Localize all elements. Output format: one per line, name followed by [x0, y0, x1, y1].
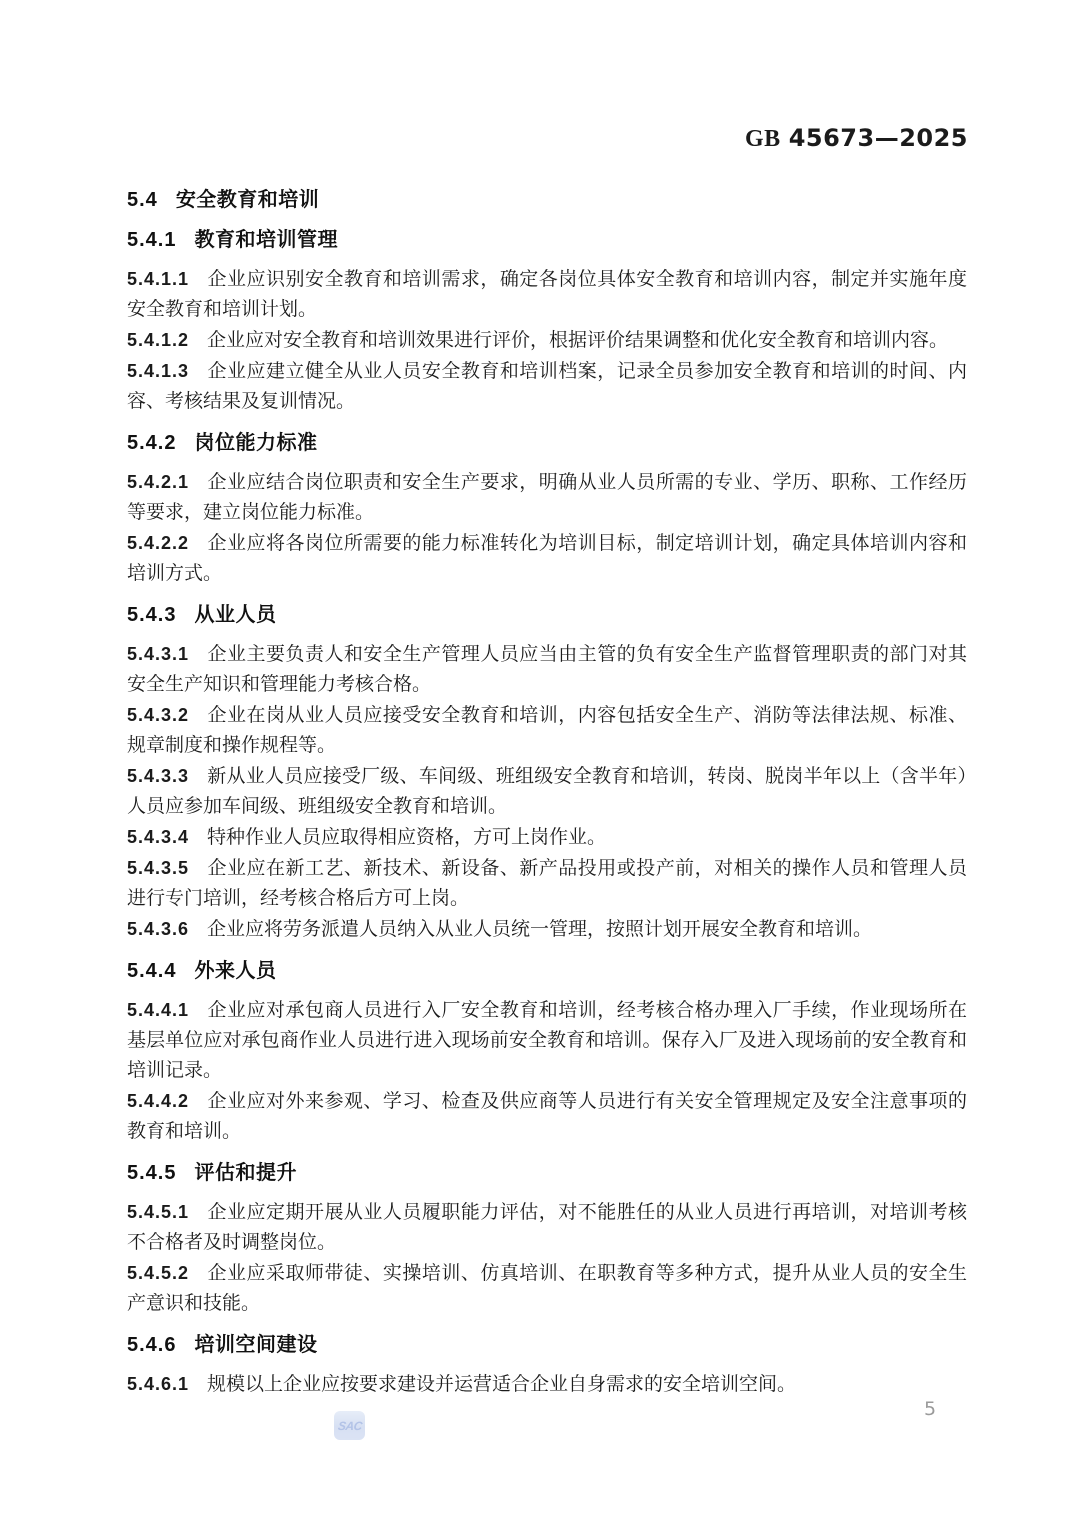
clause-5-4-3-1: 5.4.3.1企业主要负责人和安全生产管理人员应当由主管的负有安全生产监督管理职… — [127, 639, 967, 700]
clause-text: 企业在岗从业人员应接受安全教育和培训，内容包括安全生产、消防等法律法规、标准、规… — [127, 705, 967, 756]
heading-5-4-1: 5.4.1教育和培训管理 — [127, 226, 967, 254]
sac-watermark-text: SAC — [337, 1419, 363, 1433]
heading-number: 5.4.3 — [127, 604, 176, 626]
clause-text: 企业应定期开展从业人员履职能力评估，对不能胜任的从业人员进行再培训，对培训考核不… — [127, 1202, 967, 1253]
heading-title: 从业人员 — [194, 604, 276, 626]
clause-number: 5.4.6.1 — [127, 1374, 189, 1394]
clause-5-4-4-2: 5.4.4.2企业应对外来参观、学习、检查及供应商等人员进行有关安全管理规定及安… — [127, 1086, 967, 1147]
clause-text: 企业应建立健全从业人员安全教育和培训档案，记录全员参加安全教育和培训的时间、内容… — [127, 361, 967, 412]
clause-text: 企业应将劳务派遣人员纳入从业人员统一管理，按照计划开展安全教育和培训。 — [207, 919, 872, 940]
heading-title: 外来人员 — [194, 960, 276, 982]
clause-5-4-5-1: 5.4.5.1企业应定期开展从业人员履职能力评估，对不能胜任的从业人员进行再培训… — [127, 1197, 967, 1258]
clause-text: 规模以上企业应按要求建设并运营适合企业自身需求的安全培训空间。 — [207, 1374, 796, 1395]
page-number: 5 — [924, 1398, 936, 1420]
clause-5-4-5-2: 5.4.5.2企业应采取师带徒、实操培训、仿真培训、在职教育等多种方式，提升从业… — [127, 1258, 967, 1319]
clause-number: 5.4.1.3 — [127, 361, 189, 381]
clause-number: 5.4.2.1 — [127, 472, 189, 492]
clause-number: 5.4.3.3 — [127, 766, 189, 786]
heading-number: 5.4.1 — [127, 229, 176, 251]
clause-5-4-1-1: 5.4.1.1企业应识别安全教育和培训需求，确定各岗位具体安全教育和培训内容，制… — [127, 264, 967, 325]
heading-title: 培训空间建设 — [194, 1334, 317, 1356]
heading-number: 5.4.5 — [127, 1162, 176, 1184]
heading-number: 5.4.2 — [127, 432, 176, 454]
clause-5-4-3-6: 5.4.3.6企业应将劳务派遣人员纳入从业人员统一管理，按照计划开展安全教育和培… — [127, 914, 967, 945]
heading-5-4-5: 5.4.5评估和提升 — [127, 1159, 967, 1187]
heading-title: 安全教育和培训 — [176, 189, 320, 211]
heading-5-4-2: 5.4.2岗位能力标准 — [127, 429, 967, 457]
clause-number: 5.4.5.2 — [127, 1263, 189, 1283]
clause-5-4-3-2: 5.4.3.2企业在岗从业人员应接受安全教育和培训，内容包括安全生产、消防等法律… — [127, 700, 967, 761]
clause-5-4-1-2: 5.4.1.2企业应对安全教育和培训效果进行评价，根据评价结果调整和优化安全教育… — [127, 325, 967, 356]
clause-text: 企业应对承包商人员进行入厂安全教育和培训，经考核合格办理入厂手续，作业现场所在基… — [127, 1000, 967, 1081]
clause-5-4-2-2: 5.4.2.2企业应将各岗位所需要的能力标准转化为培训目标，制定培训计划，确定具… — [127, 528, 967, 589]
clause-5-4-6-1: 5.4.6.1规模以上企业应按要求建设并运营适合企业自身需求的安全培训空间。 — [127, 1369, 967, 1400]
clause-5-4-3-4: 5.4.3.4特种作业人员应取得相应资格，方可上岗作业。 — [127, 822, 967, 853]
heading-5-4-6: 5.4.6培训空间建设 — [127, 1331, 967, 1359]
clause-5-4-3-5: 5.4.3.5企业应在新工艺、新技术、新设备、新产品投用或投产前，对相关的操作人… — [127, 853, 967, 914]
standard-prefix: GB — [745, 126, 781, 152]
clause-number: 5.4.3.6 — [127, 919, 189, 939]
standard-number: 45673—2025 — [789, 124, 968, 152]
heading-number: 5.4.6 — [127, 1334, 176, 1356]
clause-text: 新从业人员应接受厂级、车间级、班组级安全教育和培训，转岗、脱岗半年以上（含半年）… — [127, 766, 967, 817]
clause-number: 5.4.3.4 — [127, 827, 189, 847]
clause-text: 企业应结合岗位职责和安全生产要求，明确从业人员所需的专业、学历、职称、工作经历等… — [127, 472, 967, 523]
clause-text: 特种作业人员应取得相应资格，方可上岗作业。 — [207, 827, 606, 848]
heading-number: 5.4 — [127, 189, 158, 211]
clause-number: 5.4.4.2 — [127, 1091, 189, 1111]
heading-title: 教育和培训管理 — [194, 229, 338, 251]
heading-title: 评估和提升 — [194, 1162, 297, 1184]
clause-5-4-1-3: 5.4.1.3企业应建立健全从业人员安全教育和培训档案，记录全员参加安全教育和培… — [127, 356, 967, 417]
clause-number: 5.4.3.1 — [127, 644, 189, 664]
clause-text: 企业主要负责人和安全生产管理人员应当由主管的负有安全生产监督管理职责的部门对其安… — [127, 644, 967, 695]
heading-5-4-4: 5.4.4外来人员 — [127, 957, 967, 985]
clause-text: 企业应对外来参观、学习、检查及供应商等人员进行有关安全管理规定及安全注意事项的教… — [127, 1091, 967, 1142]
heading-number: 5.4.4 — [127, 960, 176, 982]
heading-5-4: 5.4安全教育和培训 — [127, 186, 967, 214]
clause-number: 5.4.3.2 — [127, 705, 189, 725]
standard-code: GB45673—2025 — [745, 124, 968, 153]
clause-number: 5.4.4.1 — [127, 1000, 189, 1020]
clause-number: 5.4.2.2 — [127, 533, 189, 553]
clause-number: 5.4.5.1 — [127, 1202, 189, 1222]
heading-title: 岗位能力标准 — [194, 432, 317, 454]
clause-5-4-3-3: 5.4.3.3新从业人员应接受厂级、车间级、班组级安全教育和培训，转岗、脱岗半年… — [127, 761, 967, 822]
document-body: 5.4安全教育和培训 5.4.1教育和培训管理 5.4.1.1企业应识别安全教育… — [127, 186, 967, 1400]
clause-text: 企业应对安全教育和培训效果进行评价，根据评价结果调整和优化安全教育和培训内容。 — [207, 330, 948, 351]
sac-watermark-logo: SAC — [334, 1411, 365, 1440]
clause-text: 企业应采取师带徒、实操培训、仿真培训、在职教育等多种方式，提升从业人员的安全生产… — [127, 1263, 967, 1314]
clause-5-4-2-1: 5.4.2.1企业应结合岗位职责和安全生产要求，明确从业人员所需的专业、学历、职… — [127, 467, 967, 528]
clause-text: 企业应识别安全教育和培训需求，确定各岗位具体安全教育和培训内容，制定并实施年度安… — [127, 269, 967, 320]
clause-5-4-4-1: 5.4.4.1企业应对承包商人员进行入厂安全教育和培训，经考核合格办理入厂手续，… — [127, 995, 967, 1086]
clause-number: 5.4.1.1 — [127, 269, 189, 289]
clause-number: 5.4.3.5 — [127, 858, 189, 878]
clause-text: 企业应将各岗位所需要的能力标准转化为培训目标，制定培训计划，确定具体培训内容和培… — [127, 533, 967, 584]
clause-number: 5.4.1.2 — [127, 330, 189, 350]
heading-5-4-3: 5.4.3从业人员 — [127, 601, 967, 629]
clause-text: 企业应在新工艺、新技术、新设备、新产品投用或投产前，对相关的操作人员和管理人员进… — [127, 858, 967, 909]
